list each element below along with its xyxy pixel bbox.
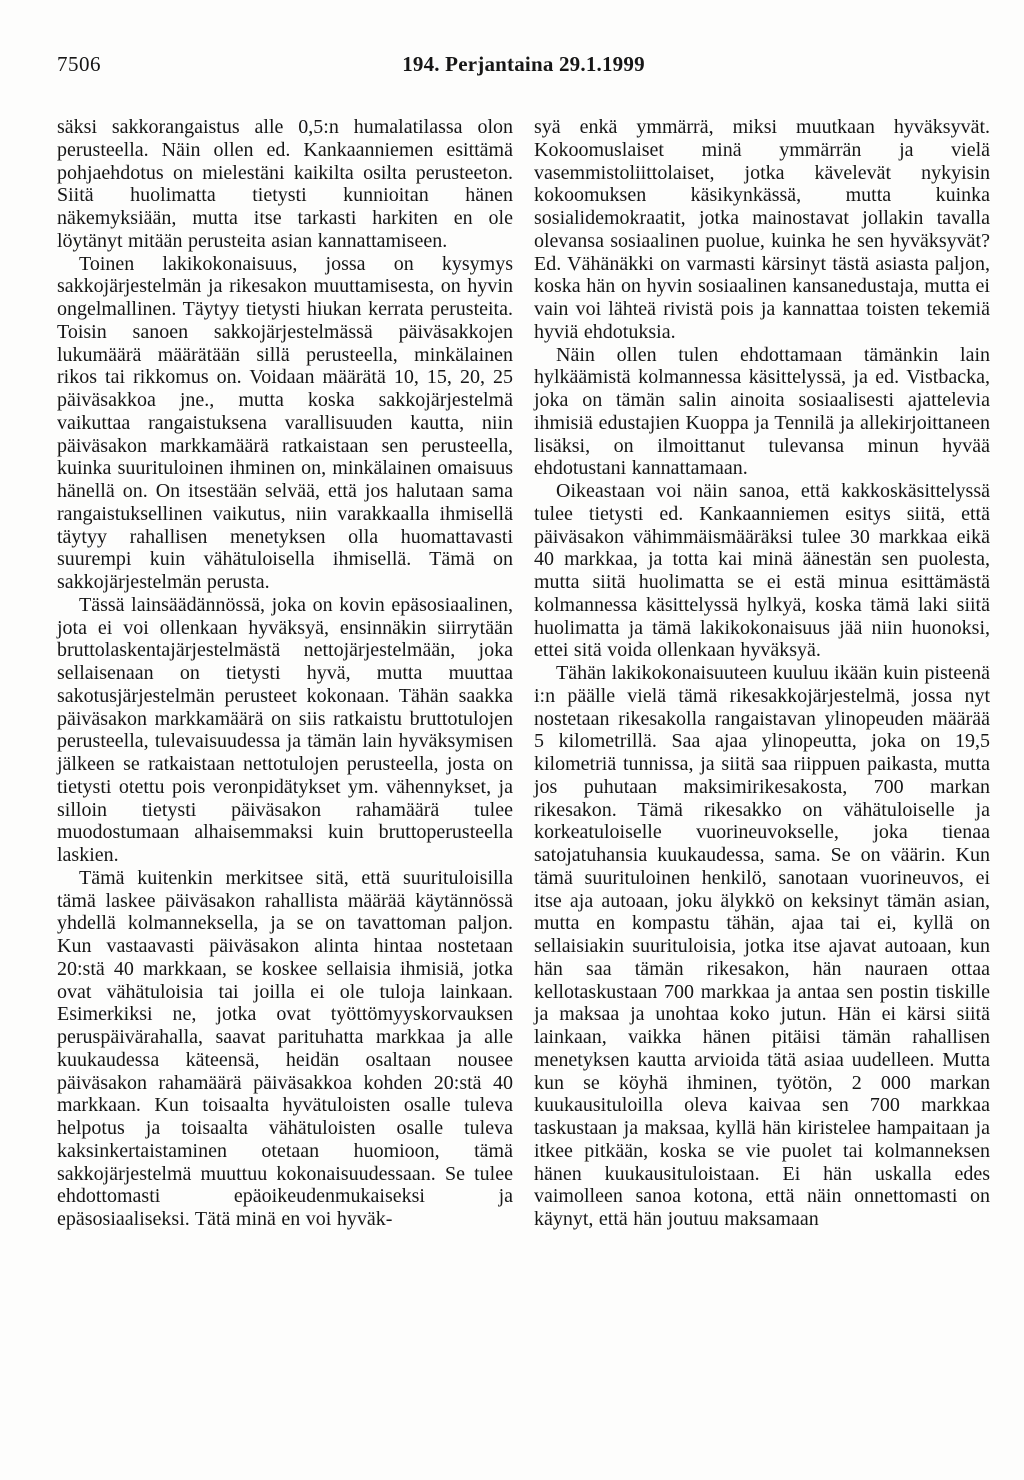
left-column: säksi sakkorangaistus alle 0,5:n humalat… (57, 116, 513, 1231)
page-number: 7506 (57, 52, 101, 77)
paragraph: Näin ollen tulen ehdottamaan tämänkin la… (534, 344, 990, 481)
paragraph-continuation: säksi sakkorangaistus alle 0,5:n humalat… (57, 116, 513, 253)
paragraph: Tähän lakikokonaisuuteen kuuluu ikään ku… (534, 662, 990, 1231)
paragraph: Oikeastaan voi näin sanoa, että kakkoskä… (534, 480, 990, 662)
right-column: syä enkä ymmärrä, miksi muutkaan hyväksy… (534, 116, 990, 1231)
page-header: 7506 194. Perjantaina 29.1.1999 (57, 52, 990, 80)
paragraph-continuation: syä enkä ymmärrä, miksi muutkaan hyväksy… (534, 116, 990, 344)
paragraph: Toinen lakikokonaisuus, jossa on kysymys… (57, 253, 513, 594)
document-page: 7506 194. Perjantaina 29.1.1999 säksi sa… (0, 0, 1024, 1480)
paragraph: Tämä kuitenkin merkitsee sitä, että suur… (57, 867, 513, 1231)
session-title: 194. Perjantaina 29.1.1999 (57, 52, 990, 77)
paragraph: Tässä lainsäädännössä, joka on kovin epä… (57, 594, 513, 867)
text-columns: säksi sakkorangaistus alle 0,5:n humalat… (57, 116, 990, 1231)
